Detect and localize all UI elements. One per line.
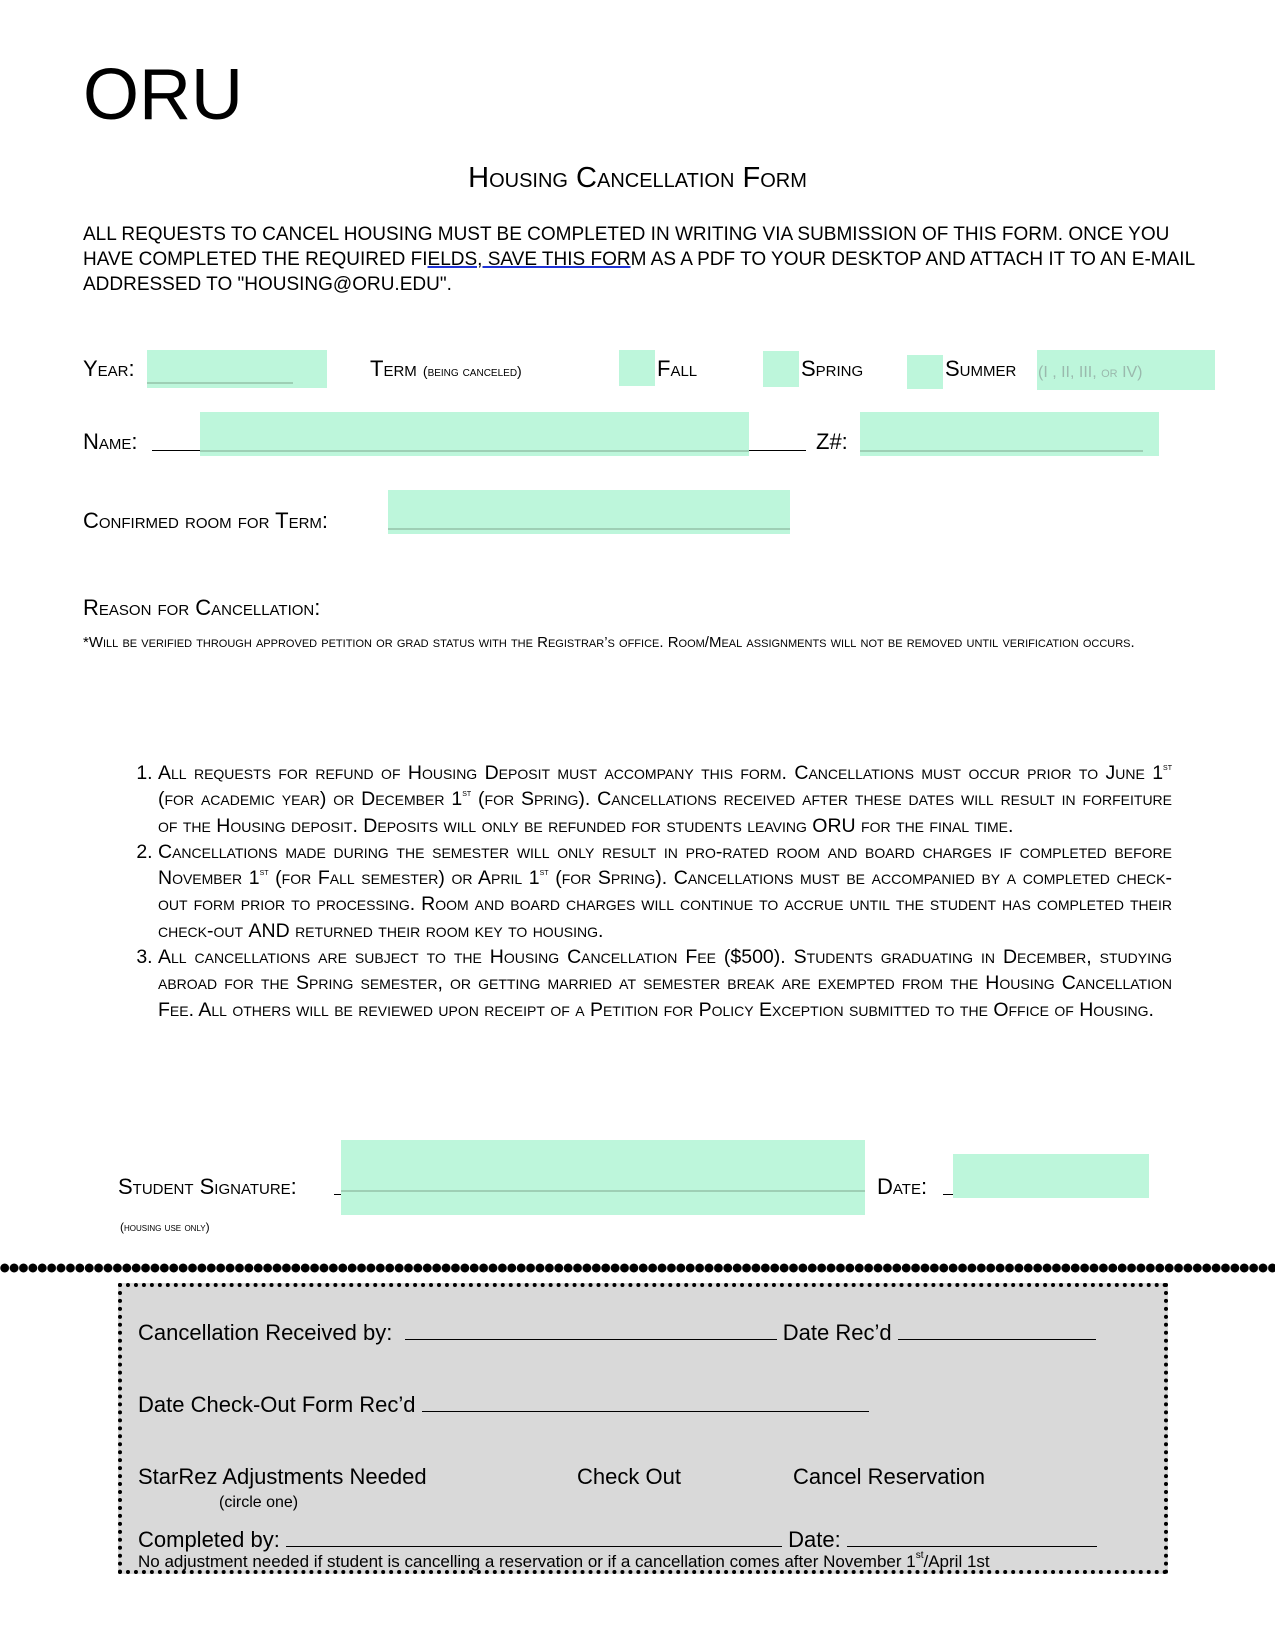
option-cancel-reservation[interactable]: Cancel Reservation — [793, 1464, 985, 1490]
policy-list: All requests for refund of Housing Depos… — [118, 760, 1172, 1023]
received-by-label: Cancellation Received by: — [138, 1320, 392, 1345]
completed-date-label: Date: — [788, 1527, 841, 1552]
term-label-text: Term — [370, 356, 417, 381]
date-recd-label: Date Rec’d — [783, 1320, 892, 1345]
intro-highlight: elds, save this for — [428, 249, 631, 270]
rule-text: (for Fall semester) or April 1 — [269, 867, 540, 889]
rule-text-emphasis: AND — [248, 920, 289, 942]
completed-date-line — [847, 1545, 1097, 1547]
signature-date-field[interactable] — [953, 1154, 1149, 1198]
year-field[interactable] — [147, 350, 327, 388]
z-number-field[interactable] — [860, 412, 1159, 456]
rule-text: All cancellations are subject to the Hou… — [158, 946, 1172, 1021]
year-label: Year: — [83, 356, 135, 382]
office-footnote: No adjustment needed if student is cance… — [138, 1552, 990, 1572]
name-field[interactable] — [200, 412, 749, 456]
summer-checkbox[interactable] — [907, 355, 943, 389]
cut-line-divider — [0, 1263, 1275, 1273]
rule-text: returned their room key to housing. — [290, 920, 604, 942]
option-check-out[interactable]: Check Out — [577, 1464, 681, 1490]
superscript: st — [540, 867, 549, 878]
spring-checkbox[interactable] — [763, 351, 799, 387]
housing-use-only-label: (housing use only) — [120, 1220, 210, 1234]
student-signature-field[interactable] — [341, 1140, 865, 1215]
summer-session-hint: (I , II, III, or IV) — [1038, 364, 1143, 382]
rule-text: All requests for refund of Housing Depos… — [158, 762, 1163, 784]
superscript: st — [462, 788, 471, 799]
rule-text: for the final time. — [856, 815, 1014, 837]
received-row: Cancellation Received by: Date Rec’d — [138, 1320, 1096, 1346]
reason-note: *Will be verified through approved petit… — [83, 632, 1193, 654]
policy-item: All cancellations are subject to the Hou… — [158, 944, 1172, 1023]
term-sub-label: (being canceled) — [423, 363, 522, 379]
superscript: st — [260, 867, 269, 878]
completed-row: Completed by: Date: — [138, 1527, 1097, 1553]
completed-by-line — [286, 1545, 782, 1547]
office-use-box: Cancellation Received by: Date Rec’d Dat… — [118, 1283, 1168, 1574]
reason-label: Reason for Cancellation: — [83, 595, 320, 621]
date-label: Date: — [877, 1174, 927, 1200]
spring-label: Spring — [801, 356, 863, 382]
policy-item: All requests for refund of Housing Depos… — [158, 760, 1172, 839]
starrez-label: StarRez Adjustments Needed — [138, 1464, 427, 1490]
rule-text: (for academic year) or December 1 — [158, 788, 462, 810]
confirmed-room-label: Confirmed room for Term: — [83, 508, 328, 534]
checkout-form-label: Date Check-Out Form Rec’d — [138, 1392, 416, 1417]
policy-item: Cancellations made during the semester w… — [158, 839, 1172, 944]
footnote-text: /April 1st — [923, 1552, 989, 1571]
student-signature-label: Student Signature: — [118, 1174, 297, 1200]
intro-text: All requests to cancel housing must be c… — [83, 222, 1223, 297]
logo: ORU — [83, 55, 243, 135]
completed-by-label: Completed by: — [138, 1527, 280, 1552]
rule-text-emphasis: ORU — [812, 815, 855, 837]
fall-label: Fall — [657, 356, 697, 382]
fall-checkbox[interactable] — [619, 350, 655, 386]
z-number-label: Z#: — [816, 429, 848, 455]
page-title: Housing Cancellation Form — [0, 162, 1275, 195]
confirmed-room-field[interactable] — [388, 490, 790, 534]
checkout-form-line — [422, 1410, 869, 1412]
term-label: Term (being canceled) — [370, 356, 522, 384]
checkout-row: Date Check-Out Form Rec’d — [138, 1392, 869, 1418]
footnote-text: No adjustment needed if student is cance… — [138, 1552, 916, 1571]
superscript: st — [1163, 762, 1172, 773]
received-by-line — [405, 1338, 777, 1340]
date-recd-line — [898, 1338, 1096, 1340]
summer-label: Summer — [945, 356, 1016, 382]
name-label: Name: — [83, 429, 138, 455]
circle-one-label: (circle one) — [219, 1490, 298, 1516]
